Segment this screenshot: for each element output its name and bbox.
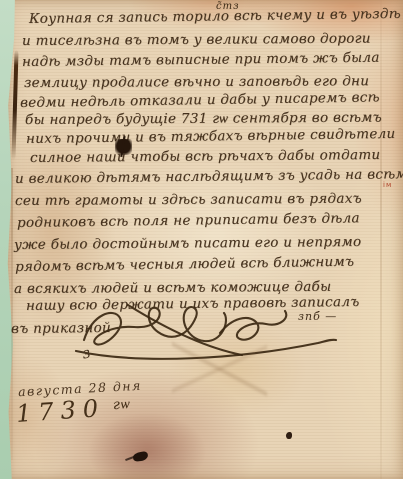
manuscript-line: бы напредъ будущіе 731 гѡ сентября во вс… [25,110,382,128]
manuscript-line: землицу продалисе вѣчно и заповѣдь его д… [24,73,369,91]
manuscript-line: родниковъ всѣ поля не приписати безъ дѣл… [17,210,360,231]
scanned-manuscript-page: с̃тз Коупная ся запись торило всѣ кчему … [0,0,403,479]
manuscript-line: нихъ прочими и въ тяжбахъ вѣрные свидѣте… [26,126,396,147]
manuscript-line: силное наши чтобы всѣ рѣчахъ дабы отдати [30,147,381,166]
ink-blot [115,139,132,155]
manuscript-line: уже было достойнымъ писати его и непрямо [14,234,362,253]
manuscript-line: Коупная ся запись торило всѣ кчему и въ … [29,6,401,27]
ink-spot-small [286,432,292,439]
manuscript-line: и тиселѣзна въ томъ у велики самово доро… [22,31,371,49]
manuscript-line: и великою дѣтямъ наслѣдящимъ зъ усадь на… [15,166,403,187]
manuscript-line: рядомъ всѣмъ чесныя людей всѣ ближнимъ [15,254,355,275]
manuscript-line: сеи тѣ грамоты и здѣсь записати въ рядах… [15,191,362,209]
manuscript-line: надѣ мзды тамъ выписные при томъ жъ была [22,50,380,70]
manuscript-line: ведми недѣль отказали и дабы у писаремъ … [20,89,380,111]
signature-tail-text: зпб́ — [298,310,337,323]
red-marginal-note: ім [383,181,392,189]
year-suffix: гѡ [112,396,131,413]
ink-bleedthrough-ghost [172,338,267,400]
